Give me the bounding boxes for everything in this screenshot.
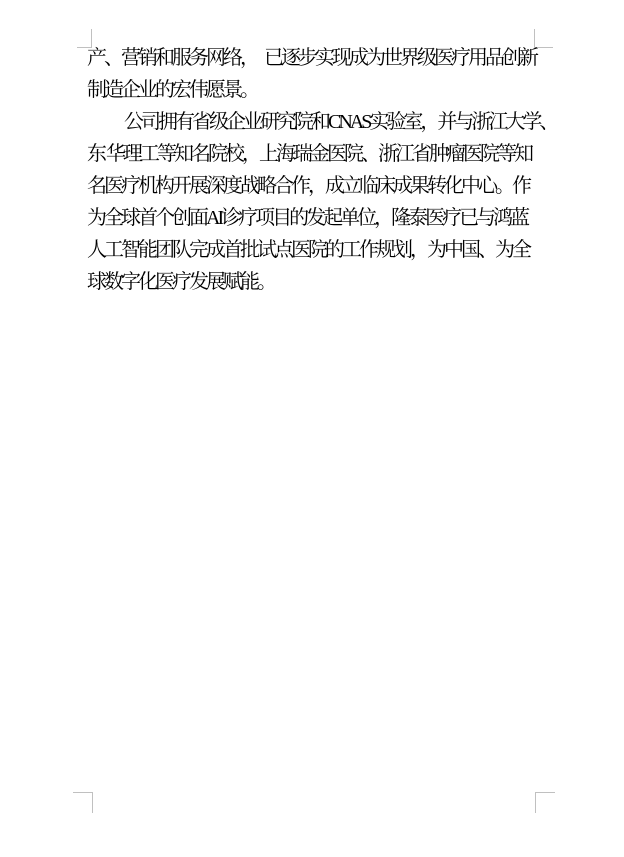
text-line[interactable]: 名医疗机构开展深度战略合作，成立临床成果转化中心。作 (87, 170, 537, 202)
text-line[interactable]: 球数字化医疗发展赋能。 (87, 266, 537, 298)
text-line[interactable]: 产、营销和服务网络， 已逐步实现成为世界级医疗用品创新 (87, 42, 537, 74)
text-line-paragraph-start[interactable]: 公司拥有省级企业研究院和CNAS实验室，并与浙江大学、 (87, 106, 537, 138)
text-line[interactable]: 为全球首个创面AI诊疗项目的发起单位，隆泰医疗已与鸿蓝 (87, 202, 537, 234)
document-page: 产、营销和服务网络， 已逐步实现成为世界级医疗用品创新 制造企业的宏伟愿景。 公… (0, 0, 624, 857)
text-line[interactable]: 人工智能团队完成首批试点医院的工作规划，为中国、为全 (87, 234, 537, 266)
crop-mark-bottom-right-icon (535, 792, 555, 813)
document-text-block[interactable]: 产、营销和服务网络， 已逐步实现成为世界级医疗用品创新 制造企业的宏伟愿景。 公… (87, 42, 537, 298)
crop-mark-bottom-left-icon (73, 792, 93, 813)
text-line[interactable]: 东 华理工等知名院校，上海瑞金医院、浙江省肿瘤医院等知 (87, 138, 537, 170)
text-line[interactable]: 制造企业的宏伟愿景。 (87, 74, 537, 106)
